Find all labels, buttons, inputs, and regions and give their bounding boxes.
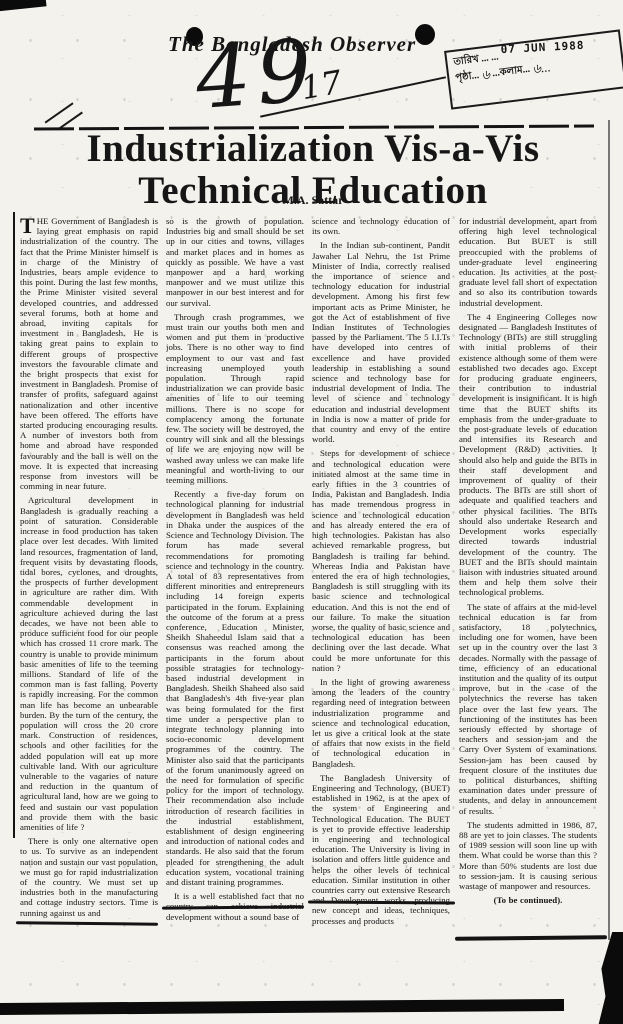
- paragraph-text: HE Government of Bangladesh is laying gr…: [20, 216, 158, 491]
- article-paragraph: In the light of growing awareness among …: [312, 677, 450, 769]
- scan-edge-line: [608, 120, 610, 940]
- article-byline: M.A. Sattar: [30, 193, 596, 208]
- article-paragraph: Agricultural development in Bangladesh i…: [20, 495, 158, 832]
- article-paragraph: for industrial development, apart from o…: [459, 216, 597, 308]
- article-paragraph: THE Government of Bangladesh is laying g…: [20, 216, 158, 491]
- stamp-page-value: ৬: [481, 68, 491, 83]
- stamp-date-value: 07 JUN 1988: [500, 39, 584, 57]
- to-be-continued-note: (To be continued).: [459, 895, 597, 905]
- article-paragraph: The 4 Engineering Colleges now designate…: [459, 312, 597, 598]
- date-stamp-box: তারিখ ... ... 07 JUN 1988 পৃষ্ঠা... ৬ ..…: [444, 29, 623, 109]
- stamp-page-label: পৃষ্ঠা...: [455, 70, 480, 84]
- drop-cap: T: [20, 216, 37, 235]
- scan-fold-line: [13, 212, 15, 838]
- scan-corner-mark: [0, 0, 47, 12]
- article-paragraph: Through crash programmes, we must train …: [166, 312, 304, 485]
- article-paragraph: In the Indian sub-continent, Pandit Jawa…: [312, 240, 450, 444]
- article-paragraph: The state of affairs at the mid-level te…: [459, 602, 597, 816]
- article-paragraph: There is only one alternative open to us…: [20, 836, 158, 918]
- article-column-4: for industrial development, apart from o…: [459, 216, 597, 938]
- headline-line1: Industrialization Vis-a-Vis: [86, 127, 539, 170]
- article-paragraph: The students admitted in 1986, 87, 88 ar…: [459, 820, 597, 891]
- article-paragraph: so is the growth of population. Industri…: [166, 216, 304, 308]
- article-column-3: science and technology education of its …: [312, 216, 450, 938]
- article-paragraph: Recently a five-day forum on technologic…: [166, 489, 304, 887]
- article-column-1: THE Government of Bangladesh is laying g…: [20, 216, 158, 938]
- stamp-column-value: ৬...: [532, 60, 552, 76]
- stamp-column-label: ...কলাম...: [492, 64, 531, 80]
- article-paragraph: Steps for development of schiece and tec…: [312, 448, 450, 672]
- article-paragraph: science and technology education of its …: [312, 216, 450, 236]
- scan-bottom-edge: [0, 999, 564, 1015]
- column-end-rule: [455, 935, 607, 940]
- article-column-2: so is the growth of population. Industri…: [166, 216, 304, 938]
- punch-hole-icon: [415, 24, 435, 45]
- scan-corner-shadow: [596, 932, 623, 1024]
- newspaper-scan-page: { "masthead": { "title": "The Bangladesh…: [0, 0, 623, 1024]
